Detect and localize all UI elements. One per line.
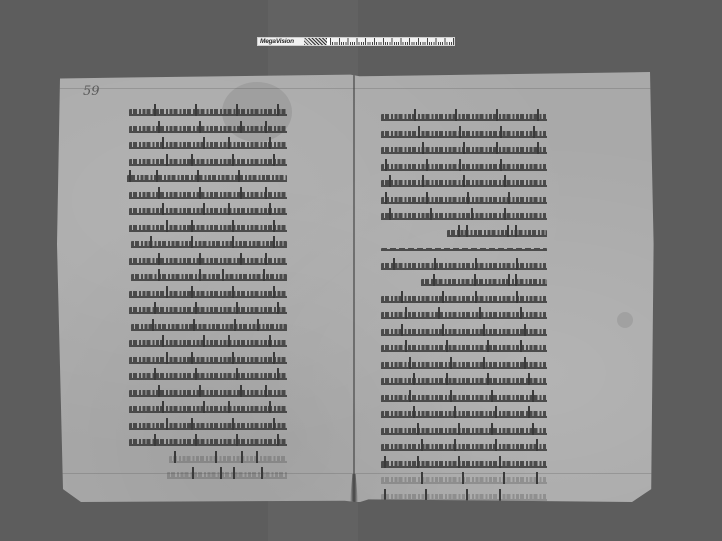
script-line bbox=[377, 373, 547, 390]
letter-ascender bbox=[520, 340, 522, 352]
script-line bbox=[377, 439, 547, 456]
letter-ascender bbox=[393, 258, 395, 270]
script-line bbox=[377, 340, 547, 357]
letter-ascender bbox=[154, 104, 156, 116]
script-line bbox=[117, 203, 287, 220]
letter-ascender bbox=[154, 302, 156, 314]
letter-ascender bbox=[192, 467, 194, 479]
ink-stroke bbox=[381, 329, 547, 336]
letter-ascender bbox=[228, 401, 230, 413]
letter-ascender bbox=[257, 319, 259, 331]
letter-ascender bbox=[199, 385, 201, 397]
text-divider-line bbox=[377, 241, 547, 258]
script-line bbox=[117, 170, 287, 187]
letter-ascender bbox=[515, 225, 517, 237]
letter-ascender bbox=[455, 109, 457, 121]
script-line bbox=[117, 286, 287, 303]
script-line bbox=[377, 423, 547, 440]
letter-ascender bbox=[273, 236, 275, 248]
script-line bbox=[117, 121, 287, 138]
script-line bbox=[117, 269, 287, 286]
script-line bbox=[377, 159, 547, 176]
letter-ascender bbox=[536, 472, 538, 484]
script-line bbox=[117, 187, 287, 204]
letter-ascender bbox=[166, 220, 168, 232]
letter-ascender bbox=[467, 192, 469, 204]
letter-ascender bbox=[504, 175, 506, 187]
ink-stroke bbox=[129, 423, 287, 430]
stain bbox=[617, 312, 633, 328]
script-line bbox=[377, 406, 547, 423]
letter-ascender bbox=[154, 368, 156, 380]
letter-ascender bbox=[434, 258, 436, 270]
letter-ascender bbox=[442, 291, 444, 303]
ink-stroke bbox=[381, 248, 547, 251]
letter-ascender bbox=[524, 357, 526, 369]
letter-ascender bbox=[156, 170, 158, 182]
script-line bbox=[117, 253, 287, 270]
script-line bbox=[377, 489, 547, 506]
script-line bbox=[117, 104, 287, 121]
script-line bbox=[117, 368, 287, 385]
letter-ascender bbox=[537, 109, 539, 121]
letter-ascender bbox=[507, 225, 509, 237]
ink-stroke bbox=[129, 291, 287, 298]
letter-ascender bbox=[195, 302, 197, 314]
letter-ascender bbox=[462, 472, 464, 484]
letter-ascender bbox=[265, 187, 267, 199]
script-line bbox=[117, 154, 287, 171]
letter-ascender bbox=[228, 203, 230, 215]
letter-ascender bbox=[277, 434, 279, 446]
letter-ascender bbox=[195, 368, 197, 380]
script-line bbox=[377, 208, 547, 225]
ink-stroke bbox=[131, 324, 287, 331]
letter-ascender bbox=[236, 368, 238, 380]
letter-ascender bbox=[524, 324, 526, 336]
letter-ascender bbox=[496, 109, 498, 121]
letter-ascender bbox=[197, 170, 199, 182]
letter-ascender bbox=[495, 406, 497, 418]
letter-ascender bbox=[232, 220, 234, 232]
script-line bbox=[377, 225, 547, 242]
script-line bbox=[117, 302, 287, 319]
script-line bbox=[117, 236, 287, 253]
letter-ascender bbox=[269, 137, 271, 149]
letter-ascender bbox=[537, 142, 539, 154]
letter-ascender bbox=[458, 423, 460, 435]
letter-ascender bbox=[421, 472, 423, 484]
letter-ascender bbox=[232, 352, 234, 364]
letter-ascender bbox=[277, 104, 279, 116]
letter-ascender bbox=[162, 335, 164, 347]
letter-ascender bbox=[483, 357, 485, 369]
letter-ascender bbox=[265, 121, 267, 133]
script-line bbox=[117, 385, 287, 402]
ink-stroke bbox=[381, 213, 547, 220]
letter-ascender bbox=[459, 126, 461, 138]
letter-ascender bbox=[508, 274, 510, 286]
letter-ascender bbox=[191, 236, 193, 248]
script-line bbox=[117, 467, 287, 484]
script-line bbox=[377, 274, 547, 291]
letter-ascender bbox=[273, 286, 275, 298]
script-line bbox=[377, 307, 547, 324]
letter-ascender bbox=[384, 489, 386, 501]
letter-ascender bbox=[454, 406, 456, 418]
letter-ascender bbox=[273, 220, 275, 232]
script-line bbox=[117, 319, 287, 336]
letter-ascender bbox=[269, 401, 271, 413]
ink-stroke bbox=[129, 439, 287, 446]
letter-ascender bbox=[495, 439, 497, 451]
script-line bbox=[377, 456, 547, 473]
script-line bbox=[377, 291, 547, 308]
letter-ascender bbox=[466, 225, 468, 237]
letter-ascender bbox=[199, 253, 201, 265]
letter-ascender bbox=[401, 291, 403, 303]
letter-ascender bbox=[191, 352, 193, 364]
letter-ascender bbox=[265, 253, 267, 265]
ink-stroke bbox=[129, 225, 287, 232]
script-line bbox=[377, 324, 547, 341]
letter-ascender bbox=[154, 434, 156, 446]
letter-ascender bbox=[414, 109, 416, 121]
ink-stroke bbox=[167, 472, 287, 479]
letter-ascender bbox=[203, 401, 205, 413]
ink-stroke bbox=[169, 456, 287, 463]
letter-ascender bbox=[152, 319, 154, 331]
ink-stroke bbox=[131, 241, 287, 248]
ink-stroke bbox=[129, 340, 287, 347]
letter-ascender bbox=[385, 192, 387, 204]
ink-stroke bbox=[381, 164, 547, 171]
checker-pattern-icon bbox=[304, 38, 327, 45]
letter-ascender bbox=[458, 456, 460, 468]
letter-ascender bbox=[422, 142, 424, 154]
letter-ascender bbox=[533, 126, 535, 138]
letter-ascender bbox=[269, 203, 271, 215]
ink-stroke bbox=[129, 357, 287, 364]
letter-ascender bbox=[240, 385, 242, 397]
letter-ascender bbox=[158, 269, 160, 281]
letter-ascender bbox=[273, 154, 275, 166]
letter-ascender bbox=[203, 203, 205, 215]
letter-ascender bbox=[487, 373, 489, 385]
letter-ascender bbox=[203, 335, 205, 347]
script-line bbox=[117, 401, 287, 418]
letter-ascender bbox=[500, 159, 502, 171]
color-calibration-scale-bar: MegaVision bbox=[257, 37, 455, 46]
letter-ascender bbox=[405, 340, 407, 352]
letter-ascender bbox=[409, 390, 411, 402]
letter-ascender bbox=[475, 291, 477, 303]
letter-ascender bbox=[389, 208, 391, 220]
letter-ascender bbox=[240, 187, 242, 199]
letter-ascender bbox=[487, 340, 489, 352]
letter-ascender bbox=[162, 203, 164, 215]
letter-ascender bbox=[409, 357, 411, 369]
letter-ascender bbox=[238, 170, 240, 182]
letter-ascender bbox=[174, 451, 176, 463]
letter-ascender bbox=[500, 126, 502, 138]
letter-ascender bbox=[483, 324, 485, 336]
script-line bbox=[117, 335, 287, 352]
ink-stroke bbox=[129, 258, 287, 265]
letter-ascender bbox=[503, 472, 505, 484]
ink-stroke bbox=[129, 406, 287, 413]
script-line bbox=[117, 352, 287, 369]
letter-ascender bbox=[158, 253, 160, 265]
letter-ascender bbox=[158, 121, 160, 133]
letter-ascender bbox=[459, 159, 461, 171]
ink-stroke bbox=[381, 444, 547, 451]
letter-ascender bbox=[234, 319, 236, 331]
ink-stroke bbox=[129, 192, 287, 199]
letter-ascender bbox=[191, 220, 193, 232]
letter-ascender bbox=[277, 302, 279, 314]
ink-stroke bbox=[381, 114, 547, 121]
letter-ascender bbox=[422, 175, 424, 187]
ruling-line bbox=[57, 88, 656, 89]
ink-stroke bbox=[381, 197, 547, 204]
left-page-text-column bbox=[117, 104, 287, 484]
letter-ascender bbox=[516, 291, 518, 303]
script-line bbox=[377, 357, 547, 374]
letter-ascender bbox=[384, 456, 386, 468]
letter-ascender bbox=[236, 302, 238, 314]
ink-stroke bbox=[129, 159, 287, 166]
letter-ascender bbox=[430, 208, 432, 220]
letter-ascender bbox=[162, 401, 164, 413]
letter-ascender bbox=[438, 307, 440, 319]
letter-ascender bbox=[446, 340, 448, 352]
letter-ascender bbox=[425, 489, 427, 501]
letter-ascender bbox=[504, 208, 506, 220]
letter-ascender bbox=[150, 236, 152, 248]
letter-ascender bbox=[454, 439, 456, 451]
letter-ascender bbox=[446, 373, 448, 385]
letter-ascender bbox=[515, 274, 517, 286]
letter-ascender bbox=[474, 274, 476, 286]
letter-ascender bbox=[240, 121, 242, 133]
letter-ascender bbox=[166, 352, 168, 364]
letter-ascender bbox=[532, 423, 534, 435]
ink-stroke bbox=[381, 378, 547, 385]
letter-ascender bbox=[426, 192, 428, 204]
script-line bbox=[377, 109, 547, 126]
ink-stroke bbox=[129, 208, 287, 215]
letter-ascender bbox=[236, 104, 238, 116]
letter-ascender bbox=[195, 434, 197, 446]
ink-stroke bbox=[381, 411, 547, 418]
ink-stroke bbox=[127, 175, 287, 182]
ink-stroke bbox=[421, 279, 547, 286]
letter-ascender bbox=[491, 423, 493, 435]
manuscript-folio: 59 bbox=[57, 72, 656, 502]
ink-stroke bbox=[381, 362, 547, 369]
ink-stroke bbox=[129, 373, 287, 380]
script-line bbox=[117, 418, 287, 435]
letter-ascender bbox=[162, 137, 164, 149]
letter-ascender bbox=[417, 423, 419, 435]
letter-ascender bbox=[385, 159, 387, 171]
letter-ascender bbox=[499, 489, 501, 501]
letter-ascender bbox=[405, 307, 407, 319]
letter-ascender bbox=[166, 154, 168, 166]
letter-ascender bbox=[232, 154, 234, 166]
letter-ascender bbox=[413, 406, 415, 418]
ink-stroke bbox=[381, 296, 547, 303]
letter-ascender bbox=[265, 385, 267, 397]
script-line bbox=[377, 258, 547, 275]
script-line bbox=[377, 126, 547, 143]
letter-ascender bbox=[193, 319, 195, 331]
ink-stroke bbox=[129, 126, 287, 133]
letter-ascender bbox=[236, 434, 238, 446]
letter-ascender bbox=[450, 357, 452, 369]
letter-ascender bbox=[228, 137, 230, 149]
letter-ascender bbox=[203, 137, 205, 149]
right-page-text-column bbox=[377, 109, 547, 505]
letter-ascender bbox=[269, 335, 271, 347]
ink-stroke bbox=[129, 142, 287, 149]
ink-stroke bbox=[129, 109, 287, 116]
letter-ascender bbox=[233, 467, 235, 479]
letter-ascender bbox=[499, 456, 501, 468]
letter-ascender bbox=[191, 286, 193, 298]
letter-ascender bbox=[442, 324, 444, 336]
letter-ascender bbox=[241, 451, 243, 463]
letter-ascender bbox=[222, 269, 224, 281]
letter-ascender bbox=[417, 456, 419, 468]
letter-ascender bbox=[215, 451, 217, 463]
letter-ascender bbox=[433, 274, 435, 286]
ink-stroke bbox=[381, 395, 547, 402]
letter-ascender bbox=[532, 390, 534, 402]
letter-ascender bbox=[475, 258, 477, 270]
gutter-notch bbox=[350, 474, 358, 502]
ink-stroke bbox=[447, 230, 547, 237]
ruler-ticks bbox=[330, 38, 454, 45]
ink-stroke bbox=[381, 461, 547, 468]
letter-ascender bbox=[199, 269, 201, 281]
letter-ascender bbox=[528, 406, 530, 418]
letter-ascender bbox=[413, 373, 415, 385]
ink-stroke bbox=[381, 428, 547, 435]
ink-stroke bbox=[129, 307, 287, 314]
script-line bbox=[377, 142, 547, 159]
letter-ascender bbox=[389, 175, 391, 187]
gutter-fold bbox=[353, 72, 355, 502]
script-line bbox=[377, 390, 547, 407]
letter-ascender bbox=[195, 104, 197, 116]
letter-ascender bbox=[479, 307, 481, 319]
letter-ascender bbox=[273, 352, 275, 364]
letter-ascender bbox=[536, 439, 538, 451]
letter-ascender bbox=[463, 175, 465, 187]
ink-stroke bbox=[129, 390, 287, 397]
letter-ascender bbox=[191, 418, 193, 430]
letter-ascender bbox=[450, 390, 452, 402]
ink-stroke bbox=[381, 477, 547, 484]
ink-stroke bbox=[381, 494, 547, 501]
letter-ascender bbox=[232, 418, 234, 430]
letter-ascender bbox=[273, 418, 275, 430]
letter-ascender bbox=[129, 170, 131, 182]
letter-ascender bbox=[256, 451, 258, 463]
letter-ascender bbox=[158, 385, 160, 397]
letter-ascender bbox=[158, 187, 160, 199]
script-line bbox=[117, 137, 287, 154]
folio-page-number: 59 bbox=[83, 84, 100, 99]
script-line bbox=[117, 220, 287, 237]
letter-ascender bbox=[228, 335, 230, 347]
letter-ascender bbox=[508, 192, 510, 204]
letter-ascender bbox=[520, 307, 522, 319]
letter-ascender bbox=[232, 286, 234, 298]
letter-ascender bbox=[220, 467, 222, 479]
letter-ascender bbox=[199, 121, 201, 133]
script-line bbox=[117, 451, 287, 468]
letter-ascender bbox=[191, 154, 193, 166]
letter-ascender bbox=[232, 236, 234, 248]
letter-ascender bbox=[491, 390, 493, 402]
scale-brand-label: MegaVision bbox=[258, 38, 304, 45]
letter-ascender bbox=[418, 126, 420, 138]
letter-ascender bbox=[421, 439, 423, 451]
letter-ascender bbox=[240, 253, 242, 265]
letter-ascender bbox=[466, 489, 468, 501]
letter-ascender bbox=[401, 324, 403, 336]
letter-ascender bbox=[471, 208, 473, 220]
letter-ascender bbox=[458, 225, 460, 237]
letter-ascender bbox=[463, 142, 465, 154]
script-line bbox=[377, 192, 547, 209]
letter-ascender bbox=[516, 258, 518, 270]
script-line bbox=[377, 175, 547, 192]
letter-ascender bbox=[166, 418, 168, 430]
ink-stroke bbox=[381, 263, 547, 270]
letter-ascender bbox=[496, 142, 498, 154]
script-line bbox=[117, 434, 287, 451]
letter-ascender bbox=[528, 373, 530, 385]
letter-ascender bbox=[166, 286, 168, 298]
letter-ascender bbox=[263, 269, 265, 281]
script-line bbox=[377, 472, 547, 489]
letter-ascender bbox=[277, 368, 279, 380]
ink-stroke bbox=[381, 131, 547, 138]
letter-ascender bbox=[426, 159, 428, 171]
letter-ascender bbox=[199, 187, 201, 199]
letter-ascender bbox=[261, 467, 263, 479]
